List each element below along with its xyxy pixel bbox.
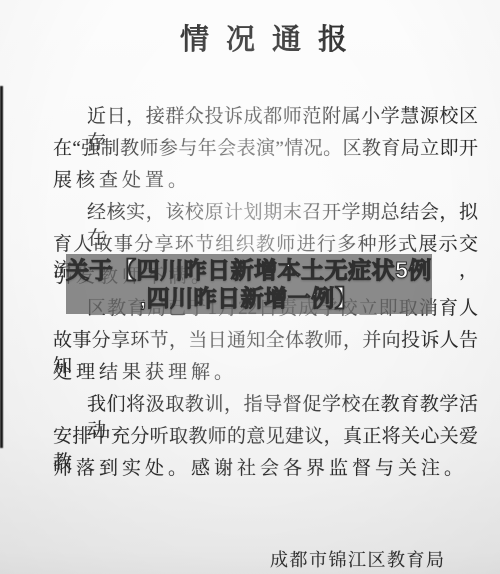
report-line: 故事分享环节，当日通知全体教师，并向投诉人告知: [53, 328, 478, 354]
caption-line-1: 关于【四川昨日新增本土无症状5例: [66, 256, 432, 284]
report-line: 展核查处置。: [53, 168, 478, 194]
report-line: 处理结果获理解。: [53, 360, 478, 386]
report-line: 我们将汲取教训，指导督促学校在教育教学活动: [53, 392, 478, 418]
report-line: 在“强制教师参与年会表演”情况。区教育局立即开: [53, 136, 478, 162]
report-line: 安排中充分听取教师的意见建议，真正将关心关爱教: [53, 424, 478, 450]
report-photo: 情况通报 近日，接群众投诉成都师范附属小学慧源校区存 在“强制教师参与年会表演”…: [0, 0, 500, 574]
report-line: 师落到实处。感谢社会各界监督与关注。: [53, 456, 478, 482]
photo-edge: [0, 86, 3, 448]
report-line: 近日，接群众投诉成都师范附属小学慧源校区存: [53, 104, 478, 130]
caption-line-2: ,四川昨日新增一例】: [140, 284, 358, 312]
caption-overlay: 关于【四川昨日新增本土无症状5例 ,四川昨日新增一例】: [66, 254, 432, 314]
report-line: 经核实，该校原计划期末召开学期总结会，拟在: [53, 200, 478, 226]
report-title: 情况通报: [0, 22, 500, 58]
report-signature: 成都市锦江区教育局: [270, 546, 446, 572]
